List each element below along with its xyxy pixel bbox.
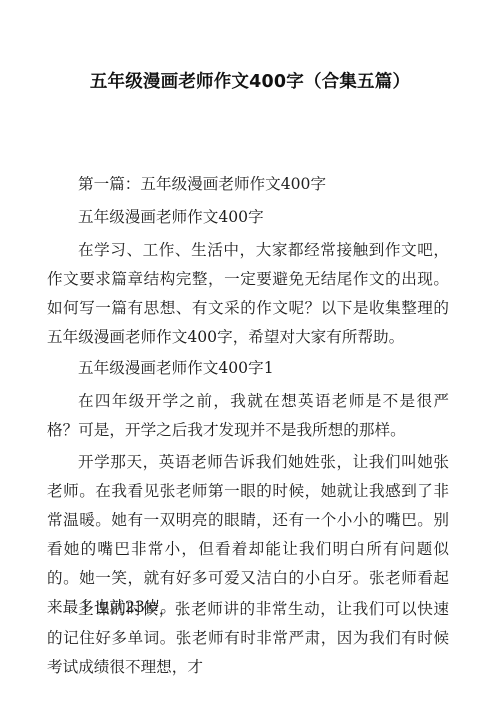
section-heading: 第一篇：五年级漫画老师作文400字 — [47, 170, 449, 199]
document-page: 五年级漫画老师作文400字（合集五篇） 第一篇：五年级漫画老师作文400字 五年… — [0, 0, 500, 708]
essay-subheading: 五年级漫画老师作文400字 — [47, 203, 449, 232]
essay-subheading-1: 五年级漫画老师作文400字1 — [47, 354, 449, 383]
intro-paragraph: 在学习、工作、生活中，大家都经常接触到作文吧，作文要求篇章结构完整，一定要避免无… — [47, 236, 449, 352]
body-paragraph: 在四年级开学之前，我就在想英语老师是不是很严格？可是，开学之后我才发现并不是我所… — [47, 387, 449, 445]
body-paragraph: 上课的时候，张老师讲的非常生动，让我们可以快速的记住好多单词。张老师有时非常严肃… — [47, 595, 449, 682]
document-title: 五年级漫画老师作文400字（合集五篇） — [0, 68, 500, 93]
